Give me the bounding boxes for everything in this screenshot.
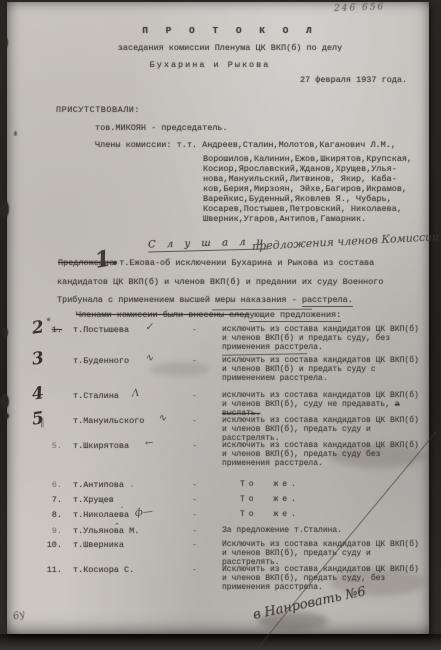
document-content: 246 656 П Р О Т О К О Л заседания комисс…	[0, 0, 441, 650]
crease-line	[255, 592, 303, 650]
document-photo: 246 656 П Р О Т О К О Л заседания комисс…	[0, 0, 441, 650]
crease-lines	[0, 0, 441, 650]
crease-line	[303, 432, 436, 592]
